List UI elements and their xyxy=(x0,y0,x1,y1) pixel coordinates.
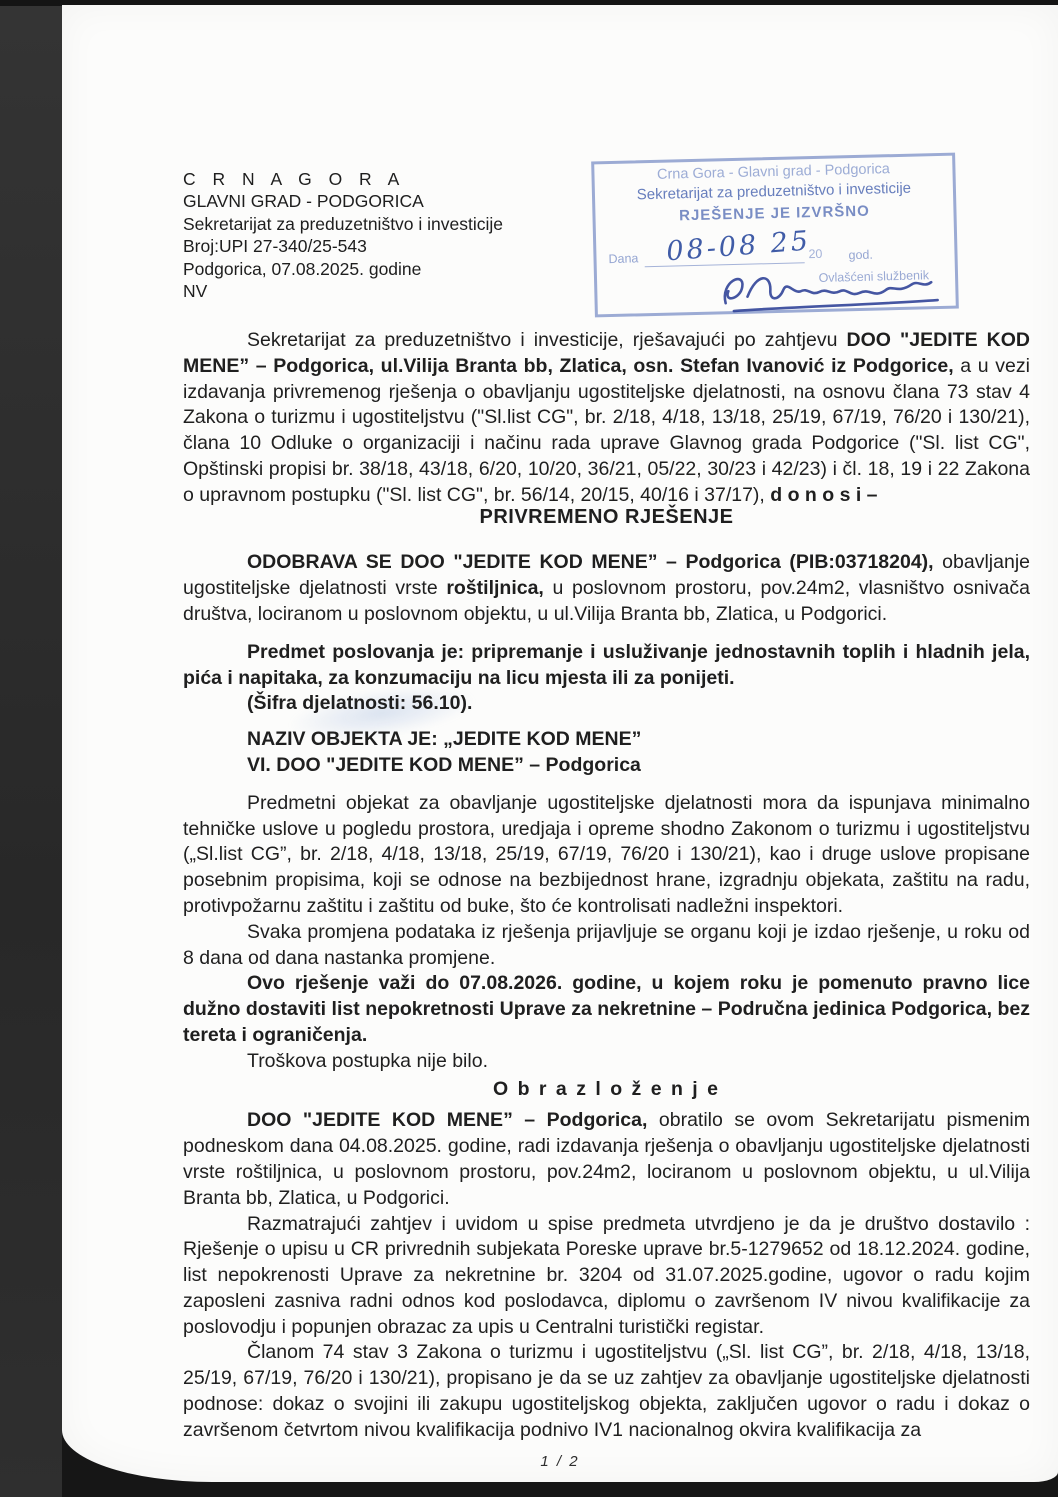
paragraph-activity-code: (Šifra djelatnosti: 56.10). xyxy=(183,691,1030,717)
letterhead-date: Podgorica, 07.08.2025. godine xyxy=(183,258,503,280)
paragraph-technical-conditions: Predmetni objekat za obavljanje ugostite… xyxy=(183,791,1030,920)
letterhead-initials: NV xyxy=(183,280,503,302)
object-name-block: NAZIV OBJEKTA JE: „JEDITE KOD MENE” VI. … xyxy=(247,727,1030,779)
page-number: 1 / 2 xyxy=(62,1453,1058,1470)
letterhead-country: C R N A G O R A xyxy=(183,168,503,190)
paragraph-validity: Ovo rješenje važi do 07.08.2026. godine,… xyxy=(183,971,1030,1048)
text-run: a u vezi izdavanja privremenog rješenja … xyxy=(183,355,1030,506)
owner-line: VI. DOO "JEDITE KOD MENE” – Podgorica xyxy=(247,753,1030,779)
paragraph-change-notice: Svaka promjena podataka iz rješenja prij… xyxy=(183,920,1030,972)
explanation-title: O b r a z l o ž e n j e xyxy=(183,1077,1030,1103)
paragraph-evidence: Razmatrajući zahtjev i uvidom u spise pr… xyxy=(183,1212,1030,1341)
document-sheet: C R N A G O R A GLAVNI GRAD - PODGORICA … xyxy=(62,5,1058,1482)
text-run-bold: d o n o s i – xyxy=(770,484,877,506)
text-run-bold: DOO "JEDITE KOD MENE” – Podgorica, xyxy=(247,1109,647,1131)
paragraph-request: DOO "JEDITE KOD MENE” – Podgorica, obrat… xyxy=(183,1108,1030,1211)
execution-stamp: Crna Gora - Glavni grad - Podgorica Sekr… xyxy=(591,153,959,318)
stamp-year-prefix: 20 xyxy=(808,247,822,261)
object-name-line: NAZIV OBJEKTA JE: „JEDITE KOD MENE” xyxy=(247,727,1030,753)
stamp-handwritten-date: 08-08 25 xyxy=(665,225,812,267)
stamp-line-executive: RJEŠENJE JE IZVRŠNO xyxy=(595,201,953,227)
paragraph-preamble: Sekretarijat za preduzetništvo i investi… xyxy=(183,328,1030,509)
text-run: Sekretarijat za preduzetništvo i investi… xyxy=(247,329,847,351)
paragraph-business-subject: Predmet poslovanja je: pripremanje i usl… xyxy=(183,640,1030,692)
scan-left-edge xyxy=(0,0,62,1497)
stamp-year-label: god. xyxy=(848,248,873,263)
letterhead-department: Sekretarijat za preduzetništvo i investi… xyxy=(183,213,503,235)
officer-signature-icon xyxy=(715,262,946,316)
text-run-bold: roštiljnica, xyxy=(446,577,544,599)
stamp-date-label: Dana xyxy=(608,251,638,266)
scanned-document-page: C R N A G O R A GLAVNI GRAD - PODGORICA … xyxy=(0,0,1058,1497)
text-run-bold: ODOBRAVA SE DOO "JEDITE KOD MENE” – Podg… xyxy=(247,551,934,573)
paragraph-approval: ODOBRAVA SE DOO "JEDITE KOD MENE” – Podg… xyxy=(183,550,1030,627)
document-body: Sekretarijat za preduzetništvo i investi… xyxy=(183,328,1030,1444)
paragraph-article-74: Članom 74 stav 3 Zakona o turizmu i ugos… xyxy=(183,1340,1030,1443)
letterhead-city: GLAVNI GRAD - PODGORICA xyxy=(183,190,503,212)
letterhead: C R N A G O R A GLAVNI GRAD - PODGORICA … xyxy=(183,168,503,302)
paragraph-costs: Troškova postupka nije bilo. xyxy=(183,1049,1030,1075)
letterhead-case-number: Broj:UPI 27-340/25-543 xyxy=(183,235,503,257)
